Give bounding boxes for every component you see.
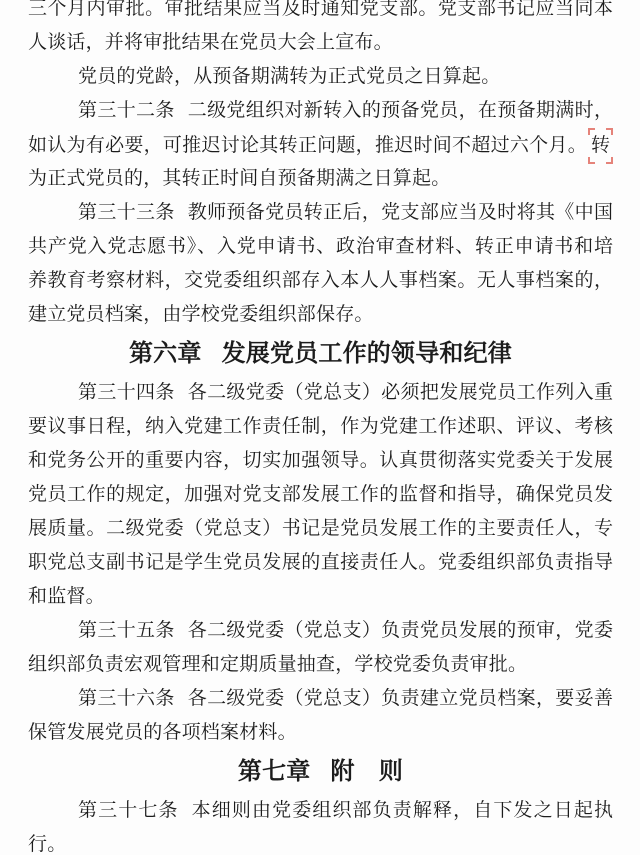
line-text: 要议事日程，纳入党建工作责任制，作为党建工作述职、评议、考核 bbox=[28, 416, 613, 437]
chapter-heading: 第六章发展党员工作的领导和纪律 bbox=[28, 336, 613, 372]
line-text: 党员工作的规定，加强对党支部发展工作的监督和指导，确保党员发 bbox=[28, 484, 613, 505]
line-text: 人谈话，并将审批结果在党员大会上宣布。 bbox=[28, 32, 393, 53]
line-text: 教师预备党员转正后，党支部应当及时将其《中国 bbox=[188, 202, 613, 223]
text-line: 人谈话，并将审批结果在党员大会上宣布。 bbox=[28, 26, 613, 60]
line-text: 行。 bbox=[28, 834, 66, 855]
line-text: 三个月内审批。审批结果应当及时通知党支部。党支部书记应当同本 bbox=[28, 0, 613, 19]
text-line: 建立党员档案，由学校党委组织部保存。 bbox=[28, 298, 613, 332]
chapter-number: 第六章 bbox=[129, 341, 202, 367]
line-text: 职党总支副书记是学生党员发展的直接责任人。党委组织部负责指导 bbox=[28, 552, 613, 573]
line-text: 党员的党龄，从预备期满转为正式党员之日算起。 bbox=[78, 66, 500, 87]
line-text: 保管发展党员的各项档案材料。 bbox=[28, 722, 297, 743]
text-line: 第三十六条各二级党委（党总支）负责建立党员档案，要妥善 bbox=[28, 682, 613, 716]
heading-text: 附 则 bbox=[331, 759, 404, 785]
chapter-heading: 第七章附 则 bbox=[28, 754, 613, 790]
line-text: 各二级党委（党总支）负责建立党员档案，要妥善 bbox=[188, 688, 613, 709]
text-column: 三个月内审批。审批结果应当及时通知党支部。党支部书记应当同本人谈话，并将审批结果… bbox=[28, 0, 613, 855]
line-text: 本细则由党委组织部负责解释，自下发之日起执 bbox=[192, 800, 613, 821]
line-text: 建立党员档案，由学校党委组织部保存。 bbox=[28, 304, 374, 325]
line-text: 各二级党委（党总支）必须把发展党员工作列入重 bbox=[188, 382, 613, 403]
article-number: 第三十七条 bbox=[78, 800, 179, 821]
red-annotation-marked-char: 转 bbox=[588, 128, 613, 164]
text-line: 展质量。二级党委（党总支）书记是党员发展工作的主要责任人，专 bbox=[28, 512, 613, 546]
text-line: 党员工作的规定，加强对党支部发展工作的监督和指导，确保党员发 bbox=[28, 478, 613, 512]
text-line: 第三十三条教师预备党员转正后，党支部应当及时将其《中国 bbox=[28, 196, 613, 230]
heading-text: 发展党员工作的领导和纪律 bbox=[222, 341, 512, 367]
line-text: 共产党入党志愿书》、入党申请书、政治审查材料、转正申请书和培 bbox=[28, 236, 613, 257]
text-line: 保管发展党员的各项档案材料。 bbox=[28, 716, 613, 750]
article-number: 第三十五条 bbox=[78, 620, 175, 641]
text-line: 第三十二条二级党组织对新转入的预备党员，在预备期满时， bbox=[28, 94, 613, 128]
line-text: 为正式党员的，其转正时间自预备期满之日算起。 bbox=[28, 168, 450, 189]
line-text: 二级党组织对新转入的预备党员，在预备期满时， bbox=[188, 100, 613, 121]
line-text: 和党务公开的重要内容，切实加强领导。认真贯彻落实党委关于发展 bbox=[28, 450, 613, 471]
text-line: 党员的党龄，从预备期满转为正式党员之日算起。 bbox=[28, 60, 613, 94]
line-text: 如认为有必要，可推迟讨论其转正问题，推迟时间不超过六个月。 bbox=[28, 135, 587, 156]
text-line: 要议事日程，纳入党建工作责任制，作为党建工作述职、评议、考核 bbox=[28, 410, 613, 444]
text-line: 第三十五条各二级党委（党总支）负责党员发展的预审，党委 bbox=[28, 614, 613, 648]
article-number: 第三十三条 bbox=[78, 202, 175, 223]
text-line: 如认为有必要，可推迟讨论其转正问题，推迟时间不超过六个月。转 bbox=[28, 128, 613, 162]
article-number: 第三十六条 bbox=[78, 688, 175, 709]
line-text: 各二级党委（党总支）负责党员发展的预审，党委 bbox=[188, 620, 613, 641]
text-line: 为正式党员的，其转正时间自预备期满之日算起。 bbox=[28, 162, 613, 196]
text-line: 第三十七条本细则由党委组织部负责解释，自下发之日起执 bbox=[28, 794, 613, 828]
line-text: 展质量。二级党委（党总支）书记是党员发展工作的主要责任人，专 bbox=[28, 518, 613, 539]
article-number: 第三十四条 bbox=[78, 382, 175, 403]
text-line: 养教育考察材料，交党委组织部存入本人人事档案。无人事档案的， bbox=[28, 264, 613, 298]
line-text: 组织部负责宏观管理和定期质量抽查，学校党委负责审批。 bbox=[28, 654, 527, 675]
line-text: 养教育考察材料，交党委组织部存入本人人事档案。无人事档案的， bbox=[28, 270, 613, 291]
article-number: 第三十二条 bbox=[78, 100, 175, 121]
text-line: 职党总支副书记是学生党员发展的直接责任人。党委组织部负责指导 bbox=[28, 546, 613, 580]
text-line: 三个月内审批。审批结果应当及时通知党支部。党支部书记应当同本 bbox=[28, 0, 613, 26]
line-text: 和监督。 bbox=[28, 586, 105, 607]
text-line: 和党务公开的重要内容，切实加强领导。认真贯彻落实党委关于发展 bbox=[28, 444, 613, 478]
text-line: 行。 bbox=[28, 828, 613, 855]
text-line: 和监督。 bbox=[28, 580, 613, 614]
text-line: 组织部负责宏观管理和定期质量抽查，学校党委负责审批。 bbox=[28, 648, 613, 682]
chapter-number: 第七章 bbox=[238, 759, 311, 785]
text-line: 第三十四条各二级党委（党总支）必须把发展党员工作列入重 bbox=[28, 376, 613, 410]
text-line: 共产党入党志愿书》、入党申请书、政治审查材料、转正申请书和培 bbox=[28, 230, 613, 264]
document-page: 三个月内审批。审批结果应当及时通知党支部。党支部书记应当同本人谈话，并将审批结果… bbox=[0, 0, 640, 855]
